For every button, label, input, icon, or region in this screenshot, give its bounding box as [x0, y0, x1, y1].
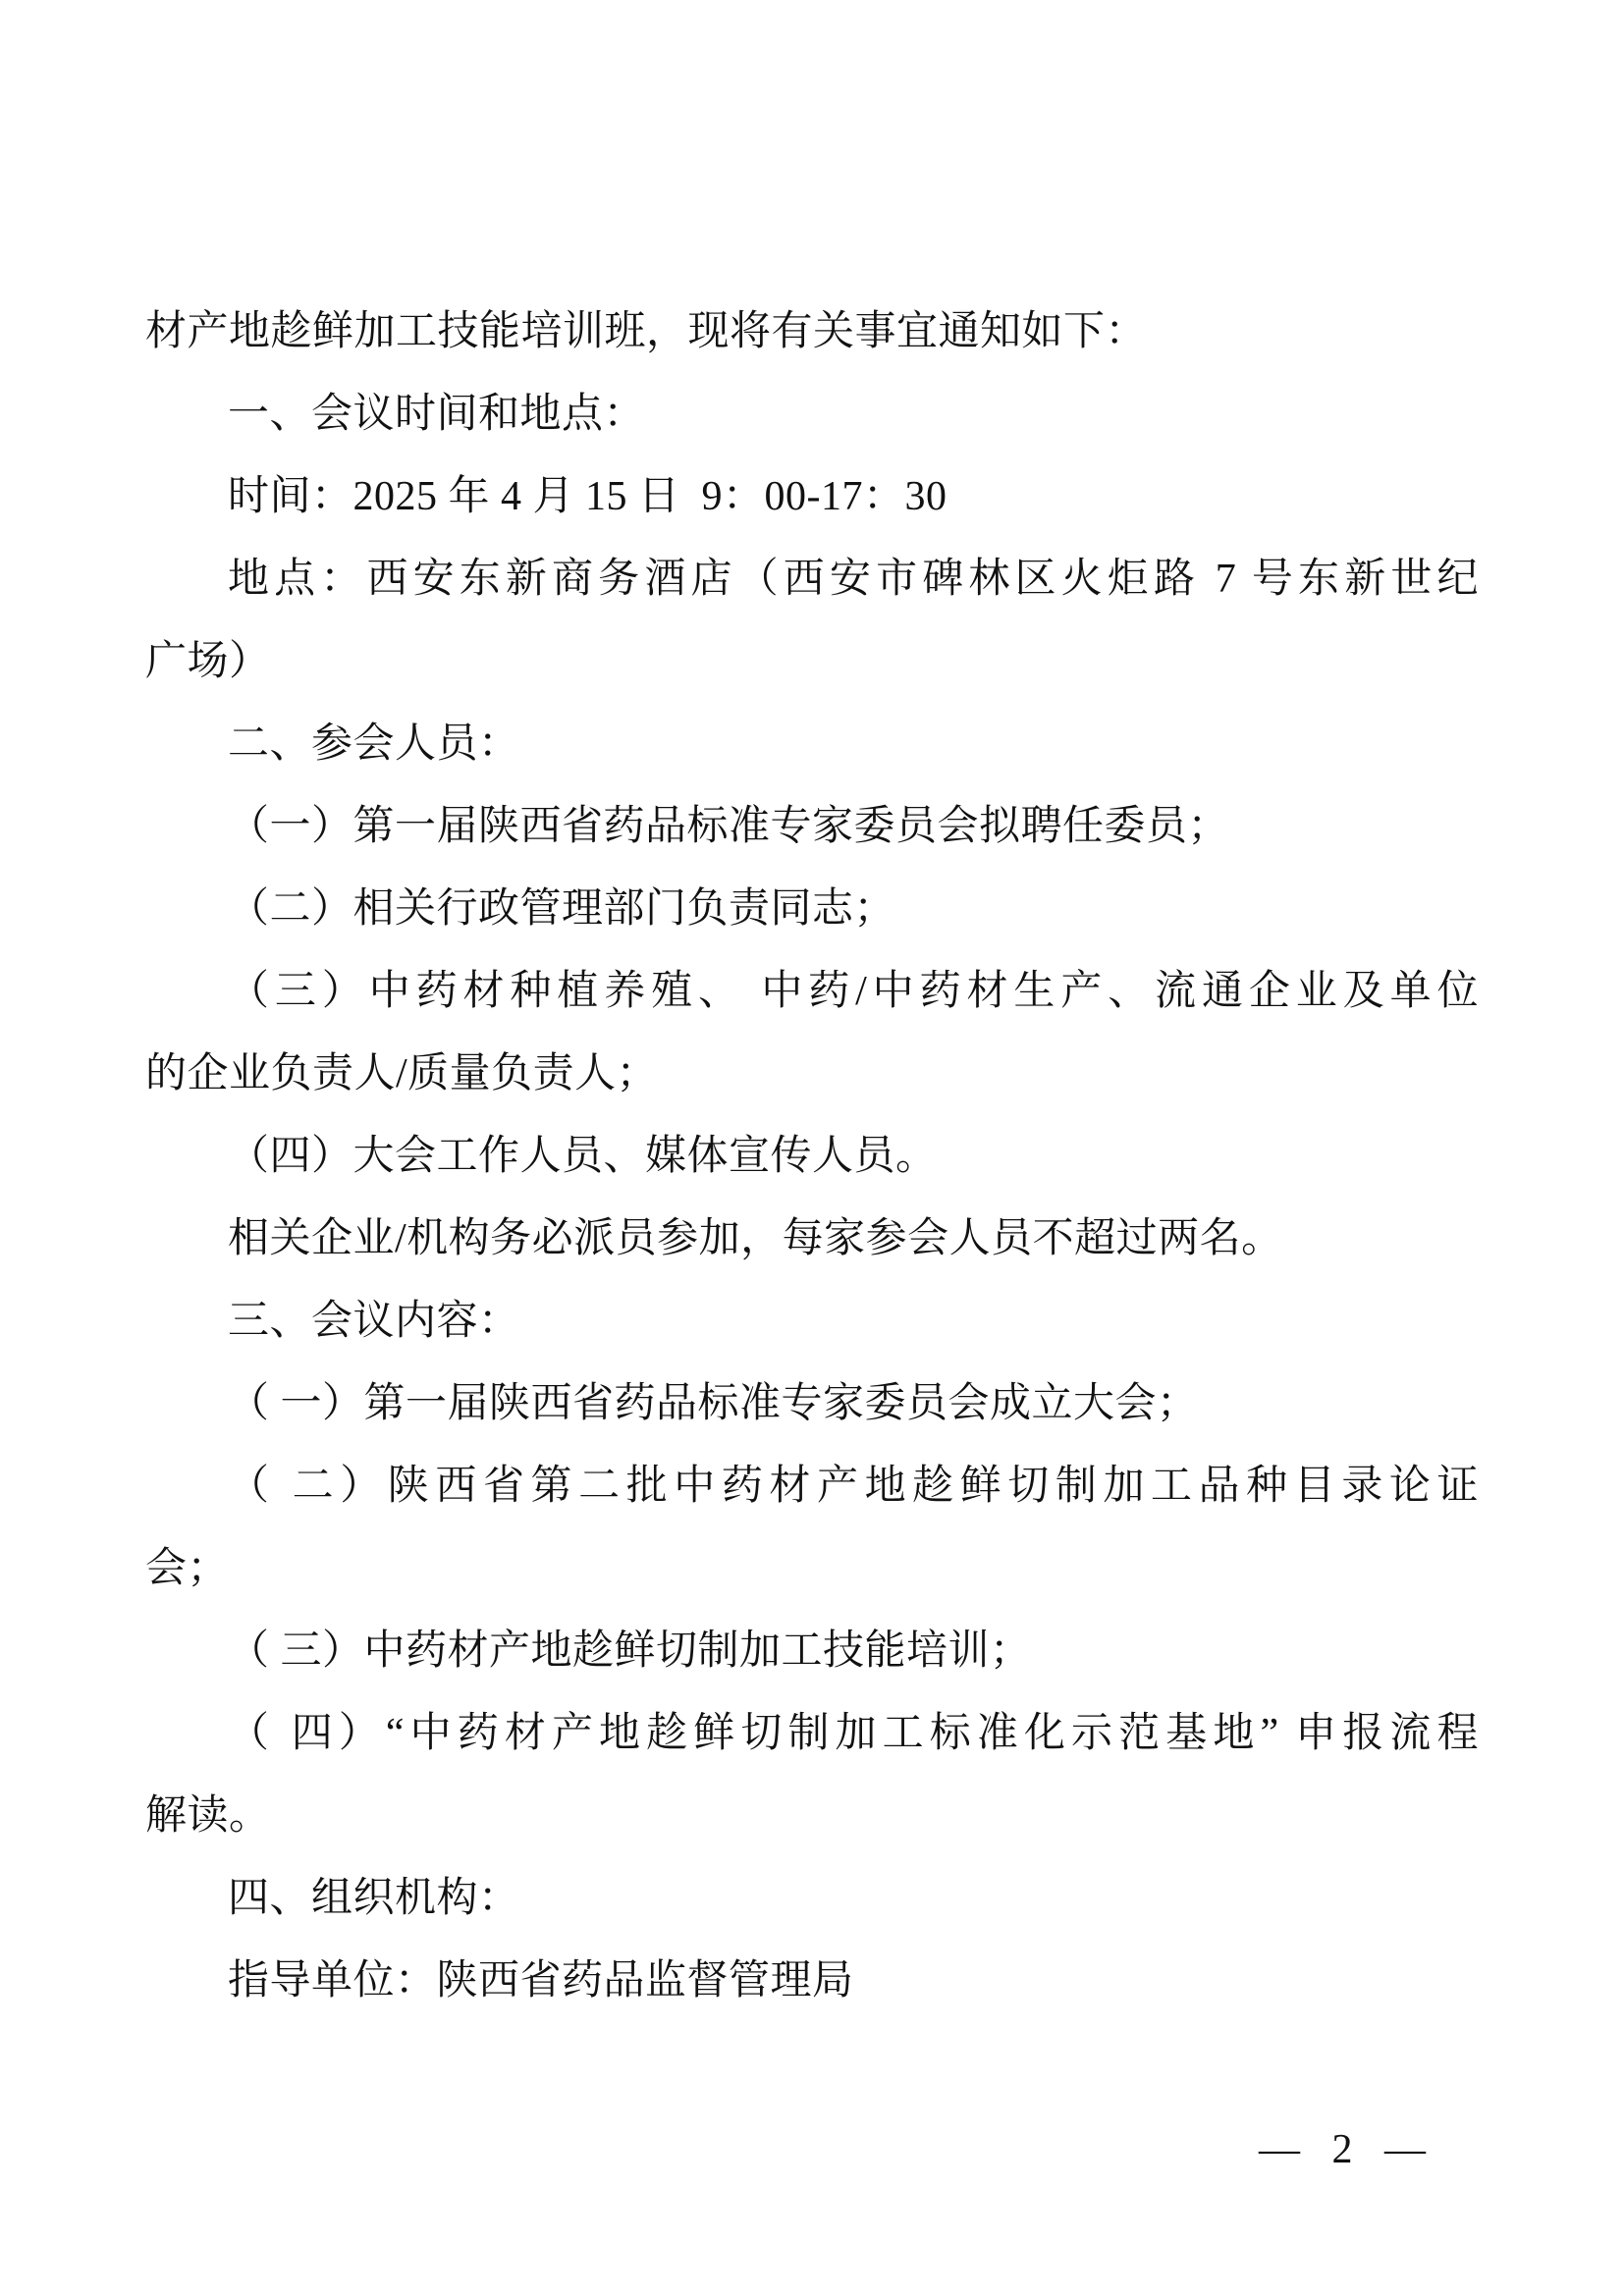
text-line: 材产地趁鲜加工技能培训班，现将有关事宜通知如下：	[145, 291, 1479, 373]
text-line: 解读。	[145, 1775, 1479, 1857]
text-line: （ 一）第一届陕西省药品标准专家委员会成立大会；	[145, 1362, 1479, 1445]
text-line: 一、会议时间和地点：	[145, 373, 1479, 455]
text-line: 时间：2025 年 4 月 15 日 9：00-17：30	[145, 455, 1479, 538]
text-line: 广场）	[145, 620, 1479, 703]
text-line: 四、组织机构：	[145, 1857, 1479, 1940]
text-line: （ 三）中药材产地趁鲜切制加工技能培训；	[145, 1610, 1479, 1692]
text-line: 地点：西安东新商务酒店（西安市碑林区火炬路 7 号东新世纪	[145, 538, 1479, 620]
text-line: 三、会议内容：	[145, 1280, 1479, 1362]
text-line: 会；	[145, 1527, 1479, 1610]
text-line: （二）相关行政管理部门负责同志；	[145, 868, 1479, 950]
text-line: （四）大会工作人员、媒体宣传人员。	[145, 1115, 1479, 1198]
page-number: — 2 —	[1259, 2128, 1426, 2171]
text-line: （一）第一届陕西省药品标准专家委员会拟聘任委员；	[145, 785, 1479, 868]
document-page: 材产地趁鲜加工技能培训班，现将有关事宜通知如下：一、会议时间和地点：时间：202…	[0, 0, 1624, 2296]
text-line: 二、参会人员：	[145, 703, 1479, 785]
text-line: 指导单位：陕西省药品监督管理局	[145, 1940, 1479, 2022]
text-line: 的企业负责人/质量负责人；	[145, 1033, 1479, 1115]
text-line: （ 二）陕西省第二批中药材产地趁鲜切制加工品种目录论证	[145, 1445, 1479, 1527]
document-body: 材产地趁鲜加工技能培训班，现将有关事宜通知如下：一、会议时间和地点：时间：202…	[145, 291, 1479, 2022]
text-line: （ 四）“中药材产地趁鲜切制加工标准化示范基地” 申报流程	[145, 1692, 1479, 1775]
text-line: （三）中药材种植养殖、 中药/中药材生产、流通企业及单位	[145, 950, 1479, 1033]
text-line: 相关企业/机构务必派员参加，每家参会人员不超过两名。	[145, 1198, 1479, 1280]
